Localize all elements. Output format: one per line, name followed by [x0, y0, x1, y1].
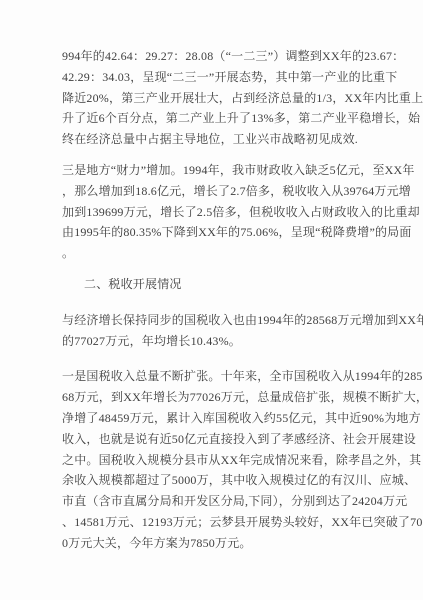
text-line: 加到139699万元，增长了2.5倍多，但税收收入占财政收入的比重却 — [62, 202, 393, 223]
text-line: 升了近6个百分点，第二产业上升了13%多，第二产业平稳增长，始 — [62, 108, 393, 129]
paragraph-tax-growth-summary: 与经济增长保持同步的国税收入也由1994年的28568万元增加到XX年的7702… — [62, 310, 393, 352]
paragraph-tax-revenue-expansion: 一是国税收入总量不断扩张。十年来，全市国税收入从1994年的28568万元，到X… — [62, 366, 393, 553]
text-line: 。 — [62, 243, 393, 264]
text-line: 0万元大关，今年方案为7850万元。 — [62, 533, 393, 554]
text-line: 终在经济总量中占据主导地位，工业兴市战略初见成效. — [62, 129, 393, 150]
text-line: 的77027万元，年均增长10.43%。 — [62, 331, 393, 352]
text-line: 68万元，到XX年增长为77026万元，总量成倍扩张，规模不断扩大， — [62, 387, 393, 408]
text-line: 与经济增长保持同步的国税收入也由1994年的28568万元增加到XX年 — [62, 310, 393, 331]
text-line: ，那么增加到18.6亿元，增长了2.7倍多，税收收入从39764万元增 — [62, 181, 393, 202]
text-line: 净增了48459万元，累计入库国税收入约55亿元，其中近90%为地方 — [62, 408, 393, 429]
text-line: 市直（含市直属分局和开发区分局,下同），分别到达了24204万元 — [62, 491, 393, 512]
text-line: 由1995年的80.35%下降到XX年的75.06%，呈现“税降费增”的局面 — [62, 222, 393, 243]
section-heading-tax-development: 二、税收开展情况 — [62, 274, 393, 295]
document-page: 994年的42.64：29.27：28.08（“一二三”）调整到XX年的23.6… — [0, 0, 423, 600]
paragraph-local-finance: 三是地方“财力”增加。1994年，我市财政收入缺乏5亿元，至XX年，那么增加到1… — [62, 160, 393, 264]
text-line: 收入，也就是说有近50亿元直接投入到了孝感经济、社会开展建设 — [62, 429, 393, 450]
text-line: 之中。国税收入规模分县市从XX年完成情况来看，除孝昌之外，其 — [62, 450, 393, 471]
text-line: 994年的42.64：29.27：28.08（“一二三”）调整到XX年的23.6… — [62, 46, 393, 67]
text-line: 三是地方“财力”增加。1994年，我市财政收入缺乏5亿元，至XX年 — [62, 160, 393, 181]
paragraph-industry-structure: 994年的42.64：29.27：28.08（“一二三”）调整到XX年的23.6… — [62, 46, 393, 150]
text-line: 余收入规模都超过了5000万，其中收入规模过亿的有汉川、应城、 — [62, 470, 393, 491]
text-line: 降近20%，第三产业开展壮大，占到经济总量的1/3，XX年内比重上 — [62, 88, 393, 109]
text-line: 42.29：34.03，呈现“二三一”开展态势，其中第一产业的比重下 — [62, 67, 393, 88]
text-line: 二、税收开展情况 — [84, 274, 393, 295]
text-line: 、14581万元、12193万元；云梦县开展势头较好，XX年已突破了700 — [62, 512, 393, 533]
text-line: 一是国税收入总量不断扩张。十年来，全市国税收入从1994年的285 — [62, 366, 393, 387]
